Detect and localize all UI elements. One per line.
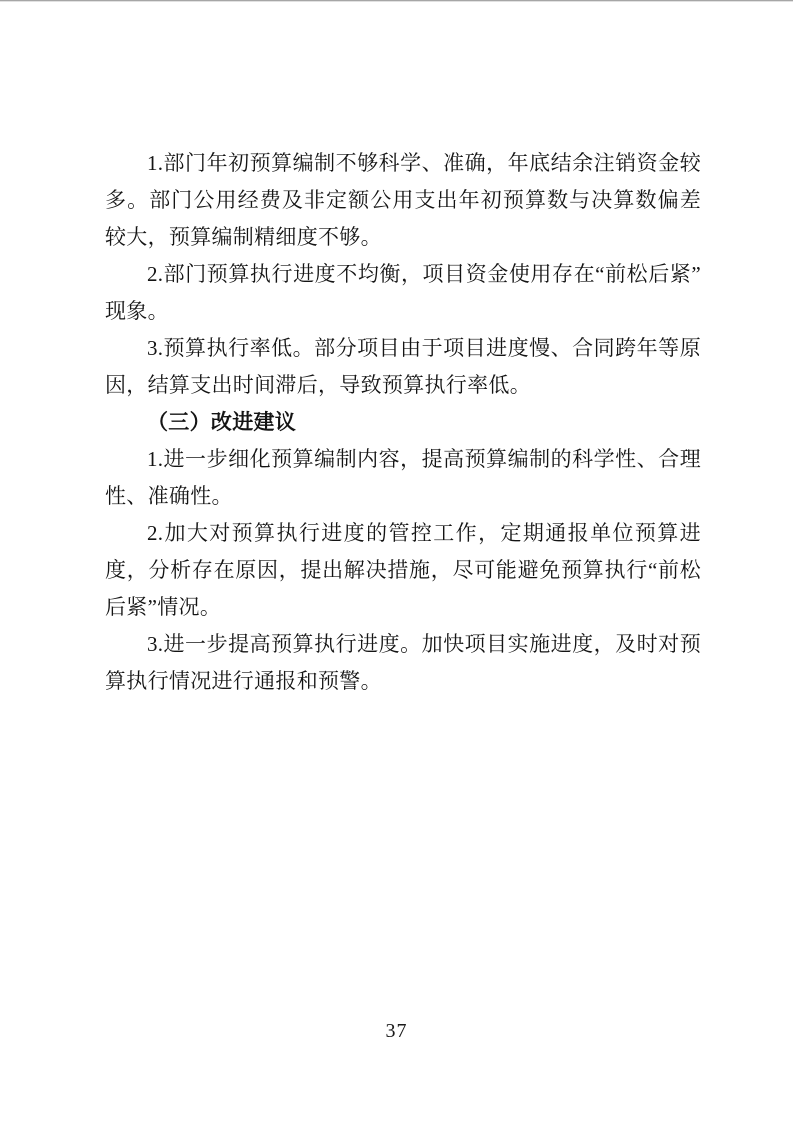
page-number: 37	[0, 1018, 793, 1044]
document-body: 1.部门年初预算编制不够科学、准确，年底结余注销资金较多。部门公用经费及非定额公…	[105, 145, 701, 700]
problem-paragraph-3: 3.预算执行率低。部分项目由于项目进度慢、合同跨年等原因，结算支出时间滞后，导致…	[105, 330, 701, 404]
document-page: 1.部门年初预算编制不够科学、准确，年底结余注销资金较多。部门公用经费及非定额公…	[0, 0, 793, 1122]
section-heading-improvement-suggestions: （三）改进建议	[105, 404, 701, 441]
suggestion-paragraph-3: 3.进一步提高预算执行进度。加快项目实施进度，及时对预算执行情况进行通报和预警。	[105, 626, 701, 700]
scan-top-edge	[0, 0, 793, 2]
problem-paragraph-2: 2.部门预算执行进度不均衡，项目资金使用存在“前松后紧”现象。	[105, 256, 701, 330]
suggestion-paragraph-1: 1.进一步细化预算编制内容，提高预算编制的科学性、合理性、准确性。	[105, 441, 701, 515]
suggestion-paragraph-2: 2.加大对预算执行进度的管控工作，定期通报单位预算进度，分析存在原因，提出解决措…	[105, 515, 701, 626]
problem-paragraph-1: 1.部门年初预算编制不够科学、准确，年底结余注销资金较多。部门公用经费及非定额公…	[105, 145, 701, 256]
